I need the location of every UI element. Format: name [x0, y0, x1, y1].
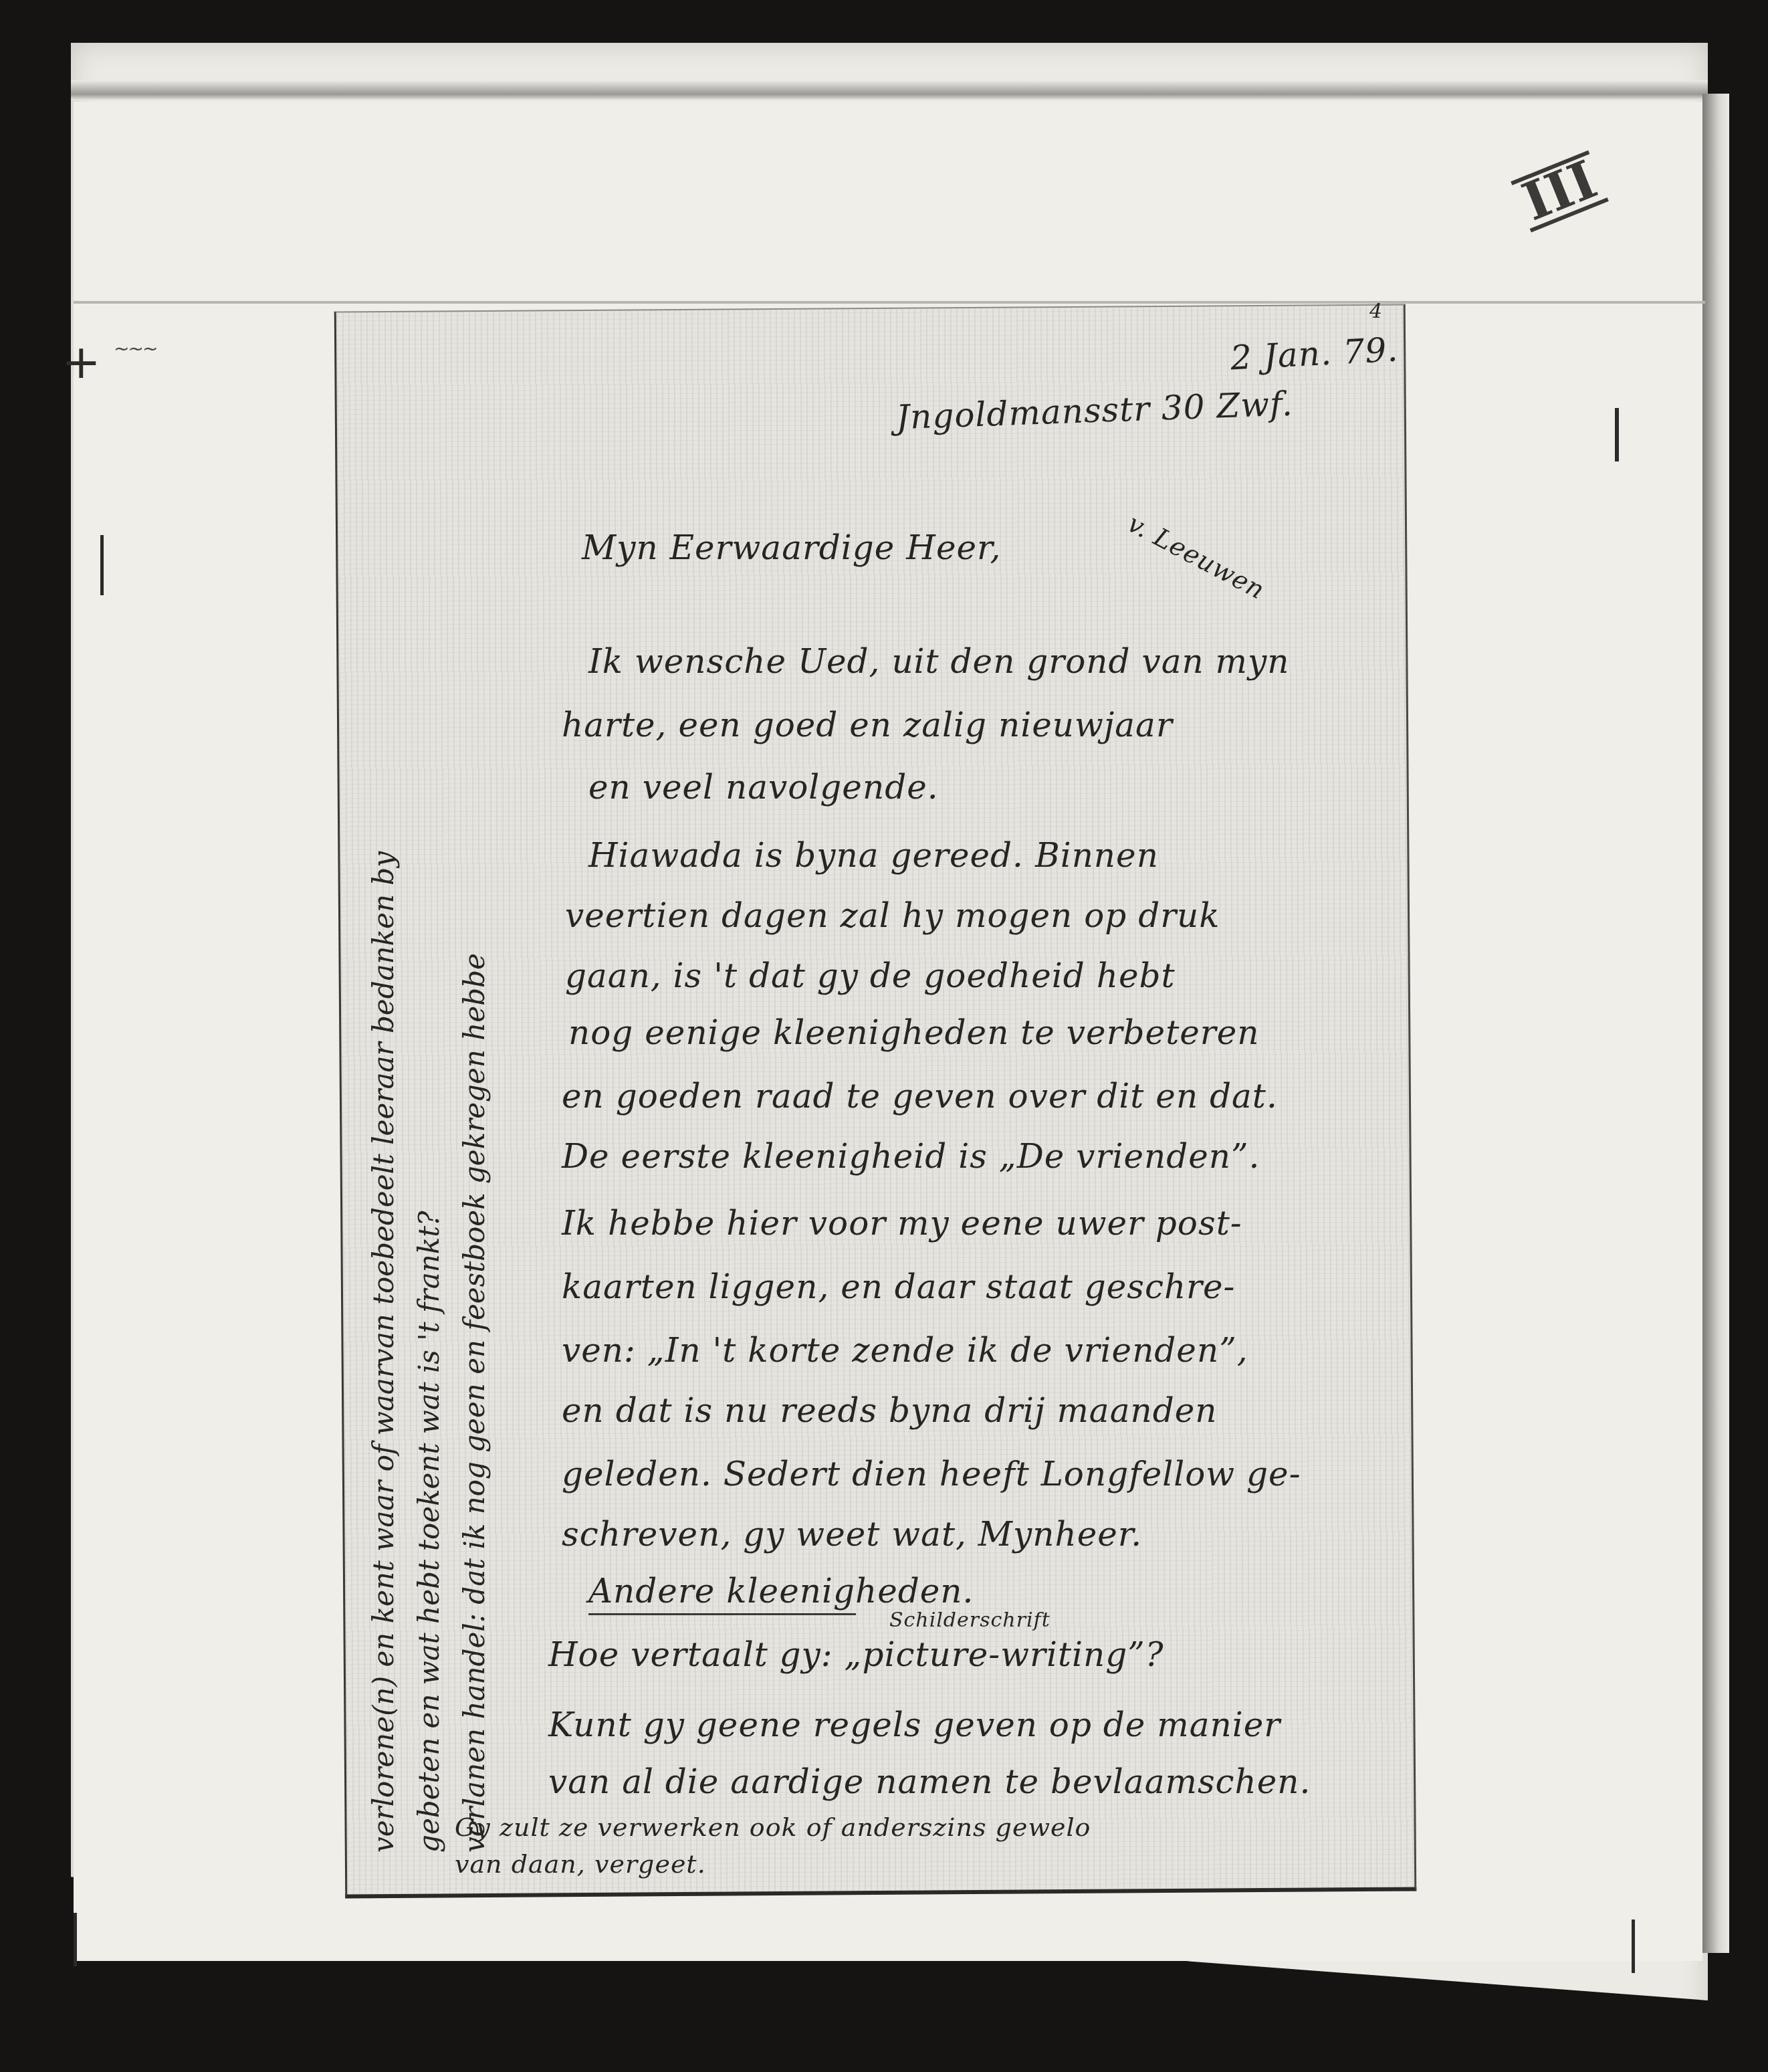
- right-bottom-tick: [1632, 1920, 1635, 1973]
- letter-line: Kunt gy geene regels geven op de manier: [548, 1705, 1281, 1744]
- margin-note-line: verlanen handel: dat ik nog geen en fees…: [452, 348, 498, 1853]
- letter-line: Hiawada is byna gereed. Binnen: [588, 836, 1159, 875]
- mount-card-edge: [74, 301, 1705, 304]
- left-margin-tick: [100, 535, 104, 595]
- registration-plus-mark: +: [62, 334, 101, 389]
- letter-line: en goeden raad te geven over dit en dat.: [562, 1077, 1278, 1116]
- letter-line: geleden. Sedert dien heeft Longfellow ge…: [562, 1455, 1301, 1493]
- letter-line: nog eenige kleenigheden te verbeteren: [568, 1013, 1260, 1052]
- letter-line: Andere kleenigheden.: [588, 1572, 974, 1611]
- left-bottom-tick: [74, 1913, 77, 1966]
- letter-line: veertien dagen zal hy mogen op druk: [565, 896, 1220, 935]
- section-underline: [588, 1613, 856, 1615]
- letter-line: De eerste kleenigheid is „De vrienden”.: [562, 1137, 1260, 1176]
- folio-number: 4: [1369, 300, 1383, 323]
- sheet-fold-shadow: [71, 80, 1708, 100]
- letter-line: ven: „In 't korte zende ik de vrienden”,: [562, 1331, 1248, 1370]
- letter-line: van al die aardige namen te bevlaamschen…: [548, 1762, 1311, 1801]
- letter-line: en veel navolgende.: [588, 768, 939, 807]
- letter-line: gaan, is 't dat gy de goedheid hebt: [565, 956, 1176, 995]
- registration-scribble: ~~~: [114, 338, 156, 360]
- letter-line: en dat is nu reeds byna drij maanden: [562, 1391, 1217, 1430]
- margin-notes: verlorene(n) en kent waar of waarvan toe…: [361, 348, 498, 1853]
- margin-note-line: gebeten en wat hebt toekent wat is 't fr…: [407, 348, 452, 1853]
- letter-line: Ik wensche Ued, uit den grond van myn: [588, 642, 1289, 681]
- right-margin-tick: [1615, 408, 1619, 461]
- sheet-edge-shadow: [1702, 94, 1729, 1953]
- letter-line: Hoe vertaalt gy: „picture-writing”?: [548, 1635, 1164, 1674]
- interlinear-note: Schilderschrift: [889, 1609, 1051, 1632]
- letter-line: Gy zult ze verwerken ook of anderszins g…: [455, 1812, 1091, 1842]
- letter-line: schreven, gy weet wat, Mynheer.: [562, 1515, 1142, 1554]
- margin-note-line: verlorene(n) en kent waar of waarvan toe…: [361, 348, 407, 1853]
- letter-line: Ik hebbe hier voor my eene uwer post-: [562, 1204, 1242, 1243]
- letter-line: van daan, vergeet.: [455, 1849, 706, 1879]
- letter-line: kaarten liggen, en daar staat geschre-: [562, 1267, 1235, 1306]
- letter-line: harte, een goed en zalig nieuwjaar: [562, 706, 1173, 744]
- salutation: Myn Eerwaardige Heer,: [582, 528, 1001, 567]
